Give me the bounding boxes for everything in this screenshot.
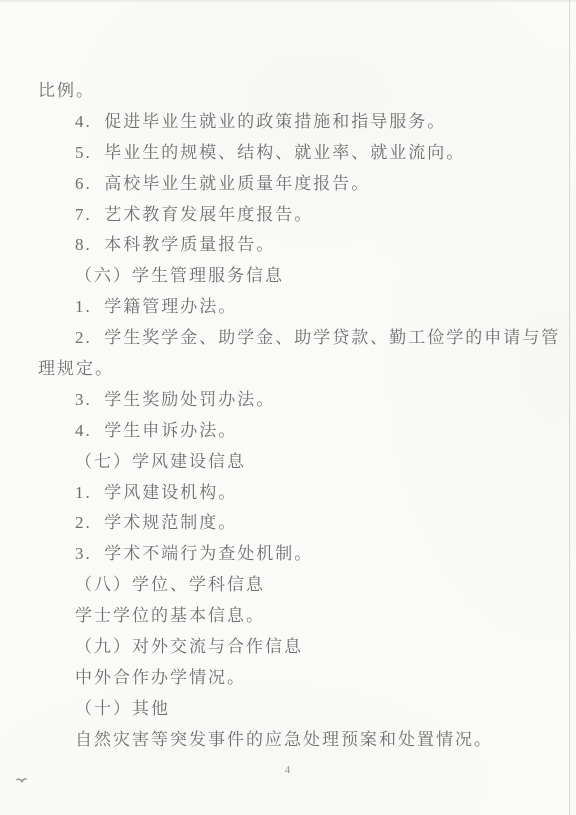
text-line: 8. 本科教学质量报告。 — [38, 230, 552, 261]
text-line: 学士学位的基本信息。 — [38, 601, 552, 632]
ink-speck-artifact — [15, 774, 31, 786]
scan-top-edge-artifact — [0, 0, 576, 2]
text-line: 4. 促进毕业生就业的政策措施和指导服务。 — [38, 107, 552, 138]
text-line: 比例。 — [38, 76, 552, 107]
text-line: 7. 艺术教育发展年度报告。 — [38, 200, 552, 231]
text-line: 3. 学术不端行为查处机制。 — [38, 539, 552, 570]
text-line: 1. 学籍管理办法。 — [38, 292, 552, 323]
text-line: 2. 学生奖学金、助学金、助学贷款、勤工俭学的申请与管 — [38, 323, 552, 354]
section-heading: （十）其他 — [38, 694, 552, 725]
document-body: 比例。 4. 促进毕业生就业的政策措施和指导服务。 5. 毕业生的规模、结构、就… — [38, 76, 552, 756]
scan-right-edge-artifact — [569, 0, 570, 815]
text-line: 理规定。 — [38, 354, 552, 385]
page-number: 4 — [0, 764, 576, 776]
section-heading: （七）学风建设信息 — [38, 447, 552, 478]
section-heading: （九）对外交流与合作信息 — [38, 632, 552, 663]
text-line: 2. 学术规范制度。 — [38, 508, 552, 539]
text-line: 中外合作办学情况。 — [38, 663, 552, 694]
section-heading: （八）学位、学科信息 — [38, 570, 552, 601]
scanned-document-page: 比例。 4. 促进毕业生就业的政策措施和指导服务。 5. 毕业生的规模、结构、就… — [0, 0, 576, 815]
text-line: 自然灾害等突发事件的应急处理预案和处置情况。 — [38, 725, 552, 756]
text-line: 6. 高校毕业生就业质量年度报告。 — [38, 169, 552, 200]
text-line: 3. 学生奖励处罚办法。 — [38, 385, 552, 416]
section-heading: （六）学生管理服务信息 — [38, 261, 552, 292]
text-line: 4. 学生申诉办法。 — [38, 416, 552, 447]
text-line: 1. 学风建设机构。 — [38, 478, 552, 509]
text-line: 5. 毕业生的规模、结构、就业率、就业流向。 — [38, 138, 552, 169]
